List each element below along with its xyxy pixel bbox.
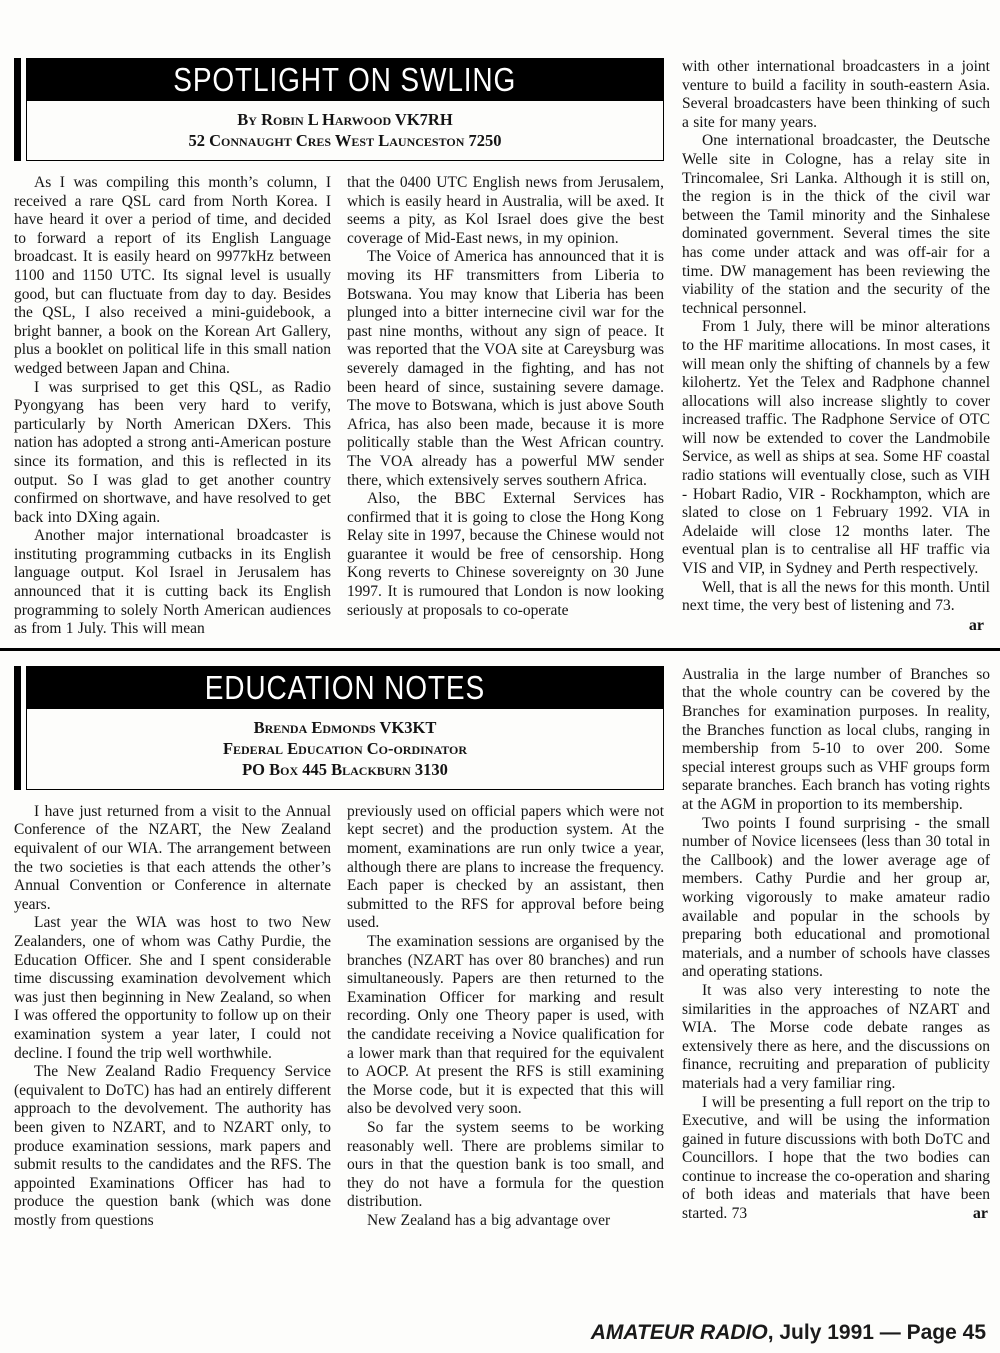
page-footer: AMATEUR RADIO, July 1991 — Page 45	[591, 1321, 986, 1345]
body-paragraph: Also, the BBC External Services has conf…	[347, 490, 664, 620]
article1-byline: By Robin L Harwood VK7RH 52 Connaught Cr…	[27, 101, 663, 160]
header-left-rule	[14, 666, 21, 790]
body-paragraph: that the 0400 UTC English news from Jeru…	[347, 174, 664, 248]
article1-header-box: SPOTLIGHT ON SWLING By Robin L Harwood V…	[26, 58, 664, 161]
article1-end-mark: ar	[682, 617, 990, 635]
body-paragraph: The Voice of America has announced that …	[347, 248, 664, 490]
article2-columns-1-2: I have just returned from a visit to the…	[14, 803, 664, 1231]
body-paragraph: Another major international broadcaster …	[14, 527, 331, 639]
body-paragraph: New Zealand has a big advantage over	[347, 1212, 664, 1231]
body-paragraph: previously used on official papers which…	[347, 803, 664, 933]
body-paragraph: Australia in the large number of Branche…	[682, 666, 990, 815]
byline-address: 52 Connaught Cres West Launceston 7250	[33, 130, 657, 151]
body-paragraph: I have just returned from a visit to the…	[14, 803, 331, 915]
byline-author: By Robin L Harwood VK7RH	[33, 109, 657, 130]
article1-title: SPOTLIGHT ON SWLING	[174, 61, 517, 99]
body-paragraph: Two points I found surprising - the smal…	[682, 815, 990, 982]
article1-columns-1-2: As I was compiling this month’s column, …	[14, 174, 664, 639]
article2-left-zone: EDUCATION NOTES Brenda Edmonds VK3KT Fed…	[14, 666, 664, 1231]
body-paragraph: So far the system seems to be working re…	[347, 1119, 664, 1212]
article2-title-banner: EDUCATION NOTES	[27, 667, 663, 709]
article1-header: SPOTLIGHT ON SWLING By Robin L Harwood V…	[14, 58, 664, 161]
article-education-notes: EDUCATION NOTES Brenda Edmonds VK3KT Fed…	[14, 666, 990, 1231]
article2-header: EDUCATION NOTES Brenda Edmonds VK3KT Fed…	[14, 666, 664, 790]
body-paragraph: Last year the WIA was host to two New Ze…	[14, 914, 331, 1063]
section-divider-rule	[0, 648, 1000, 651]
footer-issue-page: , July 1991 — Page 45	[768, 1321, 986, 1344]
byline-address: PO Box 445 Blackburn 3130	[33, 759, 657, 780]
body-paragraph: It was also very interesting to note the…	[682, 982, 990, 1094]
article-spotlight-on-swling: SPOTLIGHT ON SWLING By Robin L Harwood V…	[14, 58, 990, 639]
article2-title: EDUCATION NOTES	[205, 669, 485, 707]
article2-header-box: EDUCATION NOTES Brenda Edmonds VK3KT Fed…	[26, 666, 664, 790]
header-left-rule	[14, 58, 21, 161]
body-paragraph: with other international broadcasters in…	[682, 58, 990, 132]
article1-column-2: that the 0400 UTC English news from Jeru…	[347, 174, 664, 639]
article1-column-1: As I was compiling this month’s column, …	[14, 174, 331, 639]
body-paragraph: I was surprised to get this QSL, as Radi…	[14, 379, 331, 528]
article1-left-zone: SPOTLIGHT ON SWLING By Robin L Harwood V…	[14, 58, 664, 639]
body-paragraph: As I was compiling this month’s column, …	[14, 174, 331, 379]
article2-column-2: previously used on official papers which…	[347, 803, 664, 1231]
article1-column-3: with other international broadcasters in…	[682, 58, 990, 635]
article2-column-1: I have just returned from a visit to the…	[14, 803, 331, 1231]
magazine-title: AMATEUR RADIO	[591, 1321, 768, 1344]
byline-role: Federal Education Co-ordinator	[33, 738, 657, 759]
body-paragraph: I will be presenting a full report on th…	[682, 1094, 990, 1224]
article2-byline: Brenda Edmonds VK3KT Federal Education C…	[27, 709, 663, 789]
body-paragraph: From 1 July, there will be minor alterat…	[682, 318, 990, 578]
body-paragraph: The New Zealand Radio Frequency Service …	[14, 1063, 331, 1230]
magazine-page: SPOTLIGHT ON SWLING By Robin L Harwood V…	[0, 0, 1000, 1353]
body-paragraph: One international broadcaster, the Deuts…	[682, 132, 990, 318]
article1-title-banner: SPOTLIGHT ON SWLING	[27, 59, 663, 101]
byline-author: Brenda Edmonds VK3KT	[33, 717, 657, 738]
body-paragraph: The examination sessions are organised b…	[347, 933, 664, 1119]
body-paragraph: Well, that is all the news for this mont…	[682, 579, 990, 616]
article2-column-3: Australia in the large number of Branche…	[682, 666, 990, 1223]
